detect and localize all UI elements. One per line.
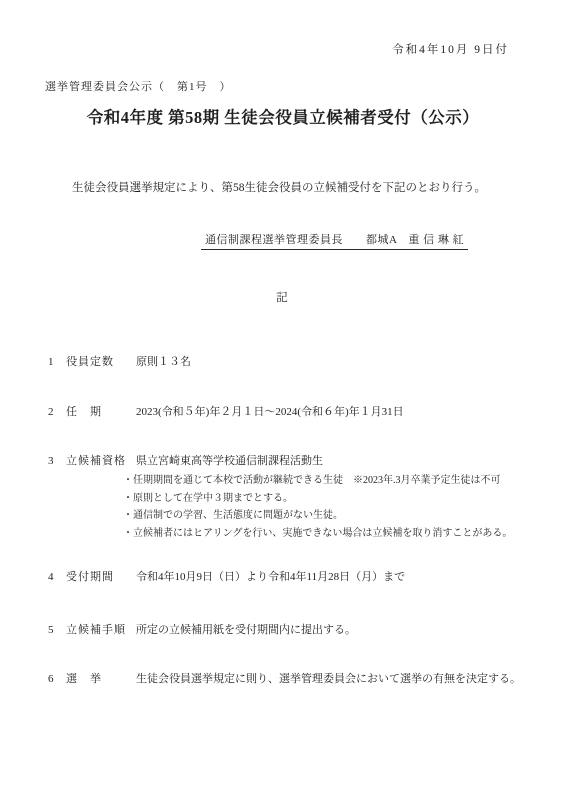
item-label: 立候補資格 xyxy=(66,452,136,468)
item-number: 1 xyxy=(48,356,66,368)
document-page: 令和4年10月 9日付 選挙管理委員会公示（ 第1号 ） 令和4年度 第58期 … xyxy=(0,0,566,800)
item-row: 1役員定数原則１３名 xyxy=(48,353,548,369)
item-label: 立候補手順 xyxy=(66,621,136,637)
item-number: 2 xyxy=(48,406,66,418)
item-label: 受付期間 xyxy=(66,568,136,584)
note-line: ・通信制での学習、生活態度に問題がない生徒。 xyxy=(123,507,548,525)
item-number: 6 xyxy=(48,673,66,685)
item-row: 2任 期2023(令和５年)年２月１日～2024(令和６年)年１月31日 xyxy=(48,403,548,419)
document-title: 令和4年度 第58期 生徒会役員立候補者受付（公示） xyxy=(0,104,566,128)
item-row: 5立候補手順所定の立候補用紙を受付期間内に提出する。 xyxy=(48,621,548,637)
item-value: 生徒会役員選挙規定に則り、選挙管理委員会において選挙の有無を決定する。 xyxy=(136,670,548,686)
item-number: 3 xyxy=(48,455,66,467)
date-line: 令和4年10月 9日付 xyxy=(392,41,509,57)
items-list: 1役員定数原則１３名2任 期2023(令和５年)年２月１日～2024(令和６年)… xyxy=(48,353,548,686)
item-label: 選 挙 xyxy=(66,670,136,686)
item-number: 4 xyxy=(48,571,66,583)
signature-line: 通信制課程選挙管理委員長 都城A 重 信 琳 紅 xyxy=(201,231,468,250)
notice-number: 選挙管理委員会公示（ 第1号 ） xyxy=(45,78,232,94)
item-value: 原則１３名 xyxy=(136,353,548,369)
item-notes: ・任期期間を通じて本校で活動が継続できる生徒 ※2023年.3月卒業予定生徒は不… xyxy=(123,472,548,542)
item-value: 2023(令和５年)年２月１日～2024(令和６年)年１月31日 xyxy=(136,403,548,419)
item-label: 任 期 xyxy=(66,403,136,419)
item-value: 令和4年10月9日（日）より令和4年11月28日（月）まで xyxy=(136,568,548,584)
item-label: 役員定数 xyxy=(66,353,136,369)
item-row: 6選 挙生徒会役員選挙規定に則り、選挙管理委員会において選挙の有無を決定する。 xyxy=(48,670,548,686)
record-marker: 記 xyxy=(0,289,566,305)
item-row: 3立候補資格県立宮崎東高等学校通信制課程活動生・任期期間を通じて本校で活動が継続… xyxy=(48,452,548,542)
intro-paragraph: 生徒会役員選挙規定により、第58生徒会役員の立候補受付を下記のとおり行う。 xyxy=(72,179,486,195)
note-line: ・原則として在学中３期までとする。 xyxy=(123,490,548,508)
item-number: 5 xyxy=(48,624,66,636)
note-line: ・立候補者にはヒアリングを行い、実施できない場合は立候補を取り消すことがある。 xyxy=(123,525,548,543)
note-line: ・任期期間を通じて本校で活動が継続できる生徒 ※2023年.3月卒業予定生徒は不… xyxy=(123,472,548,490)
item-value: 所定の立候補用紙を受付期間内に提出する。 xyxy=(136,621,548,637)
item-value: 県立宮崎東高等学校通信制課程活動生 xyxy=(136,452,548,468)
item-row: 4受付期間令和4年10月9日（日）より令和4年11月28日（月）まで xyxy=(48,568,548,584)
